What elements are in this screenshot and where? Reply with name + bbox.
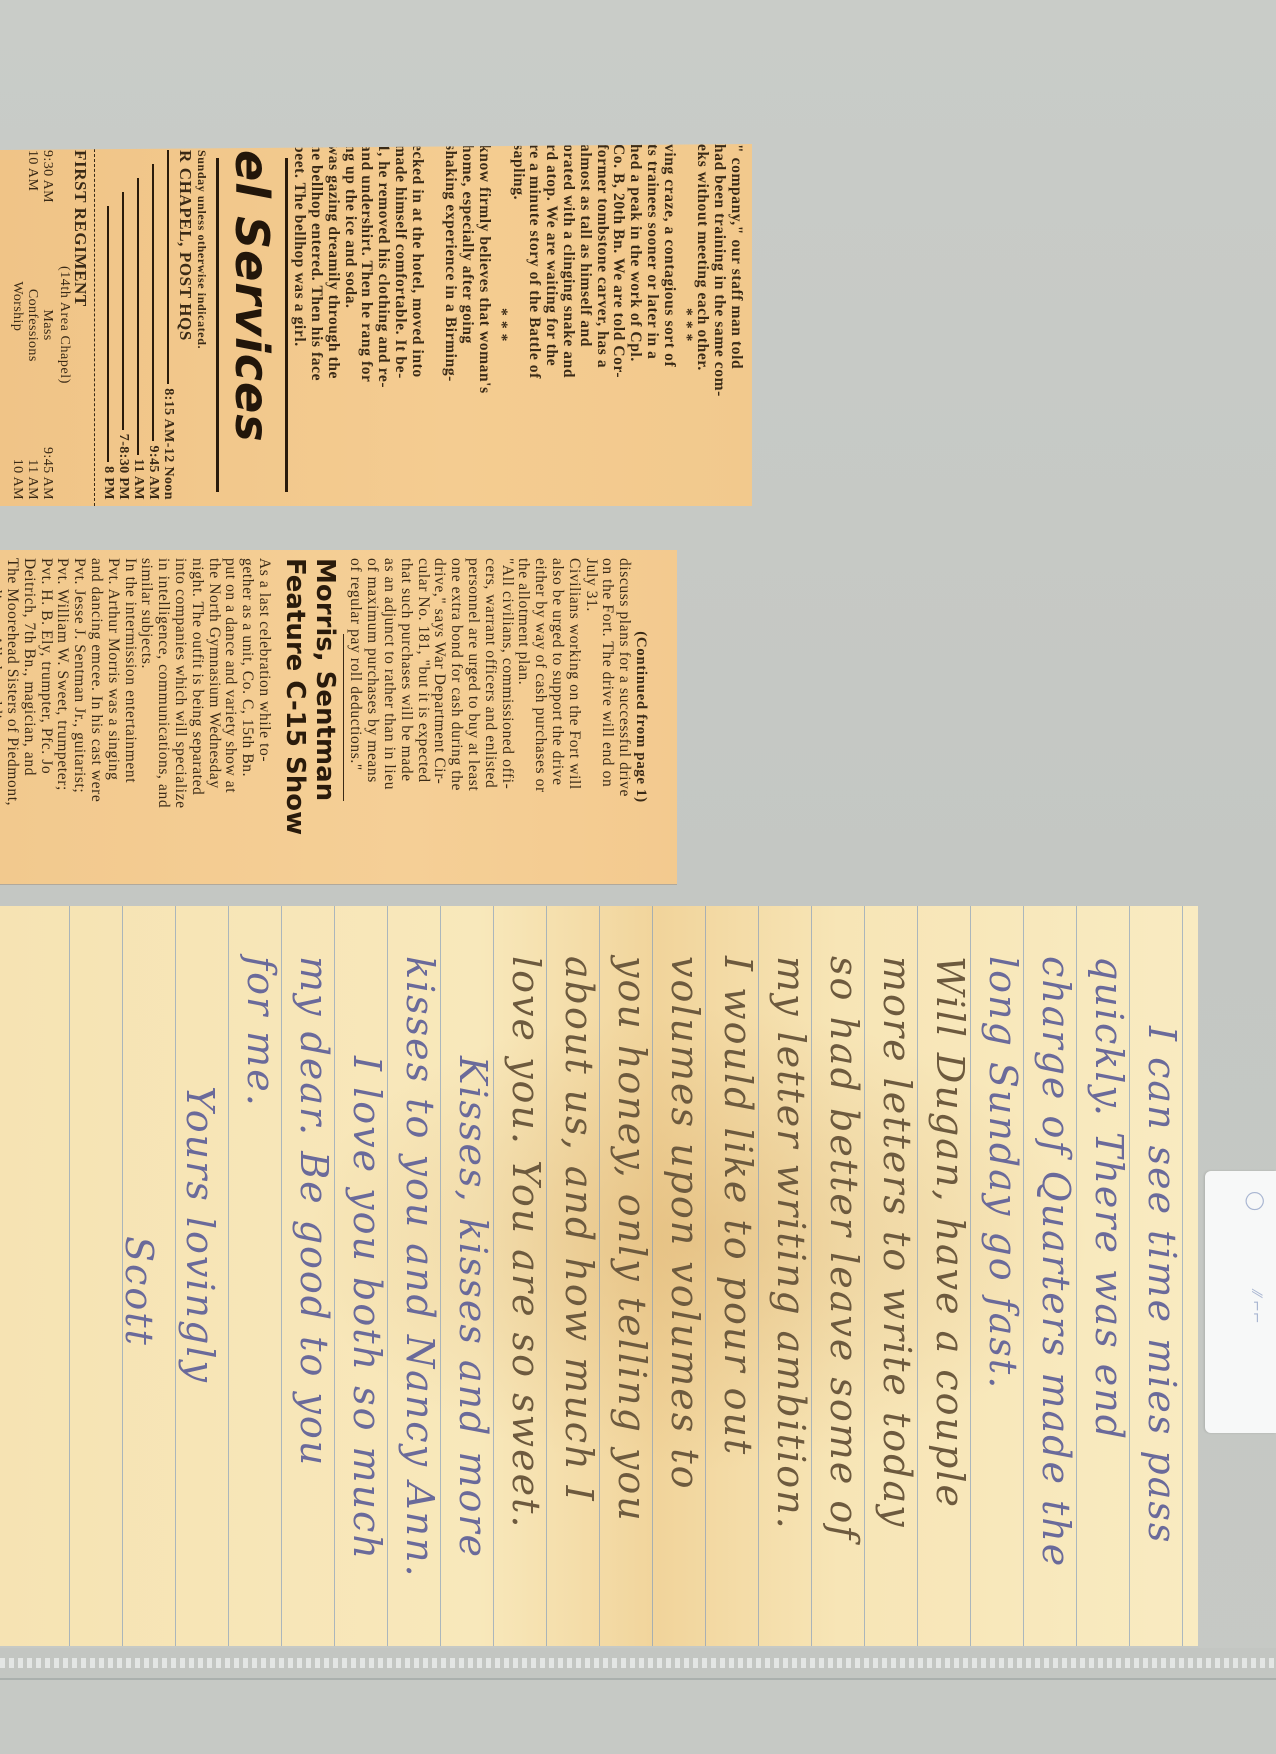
gossip-column: " company," our staff man toldhad been t…	[290, 144, 744, 506]
rotated-clipping-content: " company," our staff man toldhad been t…	[0, 144, 752, 506]
bond-article-line: personnel are urged to buy at least	[464, 558, 481, 876]
gossip-line: had been training in the same com-	[710, 144, 727, 506]
handwritten-line: I love you both so much	[345, 1056, 389, 1561]
bond-article-line: Civilians working on the Fort will	[565, 558, 582, 876]
regiment-time-b: 10 AM	[10, 459, 25, 500]
show-article-line: put on a dance and variety show at	[222, 558, 239, 876]
show-article-line: Deitrich, 7th Bn., magician, and	[20, 558, 37, 876]
bond-article-line: as an adjunct to rather than in lieu	[380, 558, 397, 876]
show-article-line: vocalizers. All the soldiers except	[0, 558, 3, 876]
handwritten-line: volumes upon volumes to	[663, 956, 707, 1491]
show-article-line: The Moorehead Sisters of Piedmont,	[3, 558, 20, 876]
gossip-line: hed a peak in the work of Cpl.	[626, 144, 643, 506]
gossip-line	[425, 144, 442, 506]
bond-article-line: on the Fort. The drive will end on	[599, 558, 616, 876]
chapel-services-section: el Services Sunday unless otherwise indi…	[10, 144, 294, 506]
gossip-line: * * *	[677, 144, 694, 506]
gossip-line: 1, he removed his clothing and re-	[374, 144, 391, 506]
show-article-line: similar subjects.	[138, 558, 155, 876]
handwritten-line: love you. You are so sweet.	[504, 956, 548, 1529]
regiment-subtitle: (14th Area Chapel)	[55, 144, 72, 506]
gossip-line: eks without meeting each other.	[694, 144, 711, 506]
handwritten-line: Kisses, kisses and more	[451, 1056, 495, 1559]
gossip-line: re a minute story of the Battle of	[526, 144, 543, 506]
regiment-label: Confessions	[25, 289, 40, 362]
rotated-clipping-content: (Continued from page 1) discuss plans fo…	[0, 550, 677, 884]
schedule-leader-line	[152, 164, 161, 441]
schedule-time: 8 PM	[101, 466, 116, 500]
gossip-line: almost as tall as himself and	[576, 144, 593, 506]
signature: Scott	[117, 1236, 161, 1347]
gossip-line: he bellhop entered. Then his face	[307, 144, 324, 506]
show-article-line: in intelligence, communications, and	[154, 558, 171, 876]
schedule-row: 9:45 AM	[146, 150, 161, 500]
gossip-line: " company," our staff man told	[727, 144, 744, 506]
sleeve-perforated-edge	[0, 1648, 1276, 1680]
bond-article-line: one extra bond for cash during the	[447, 558, 464, 876]
gossip-line: rd atop. We are waiting for the	[542, 144, 559, 506]
handwritten-line: I would like to pour out	[716, 956, 760, 1456]
bond-article-line: of maximum purchases by means	[363, 558, 380, 876]
schedule-rows: 8:15 AM-12 Noon9:45 AM11 AM7-8:30 PM8 PM	[101, 144, 176, 506]
show-article-line: night. The outfit is being separated	[188, 558, 205, 876]
show-article-line: Pvt. Jesse J. Sentman Jr., guitarist;	[70, 558, 87, 876]
gossip-line: Co. B, 20th Bn. We are told Cor-	[610, 144, 627, 506]
handwritten-letter-page: I can see time mies passquickly. There w…	[0, 906, 1198, 1646]
handwritten-line: kisses to you and Nancy Ann.	[398, 956, 442, 1579]
show-article-line: the North Gymnasium Wednesday	[205, 558, 222, 876]
handwritten-line: my dear. Be good to you	[292, 956, 336, 1467]
handwritten-line: I can see time mies pass	[1140, 1026, 1184, 1544]
schedule-row: 8 PM	[101, 150, 116, 500]
gossip-line: home, especially after going	[458, 144, 475, 506]
bond-article-line: drive," says War Department Cir-	[431, 558, 448, 876]
gossip-line: ng up the ice and soda.	[341, 144, 358, 506]
closing: Yours lovingly	[178, 1086, 222, 1384]
services-heading: el Services	[225, 144, 279, 506]
gossip-line: made himself comfortable. It be-	[391, 144, 408, 506]
gossip-line: ts trainees sooner or later in a	[643, 144, 660, 506]
bond-drive-lines: discuss plans for a successful driveon t…	[347, 550, 633, 884]
gossip-line: ving craze, a contagious sort of	[660, 144, 677, 506]
bond-article-line: of regular pay roll deductions."	[347, 558, 364, 876]
circled-mark-icon: ◯	[1245, 1191, 1266, 1211]
bond-article-line: that such purchases will be made	[397, 558, 414, 876]
gossip-line: ecked in at the hotel, moved into	[408, 144, 425, 506]
regiment-row: 9:30 AMMass9:45 AM	[40, 150, 55, 500]
handwritten-line: charge of Quarters made the	[1034, 956, 1078, 1568]
handwritten-line: Will Dugan, have a couple	[928, 956, 972, 1509]
schedule-row: 11 AM	[131, 150, 146, 500]
show-article-line: Pvt. Arthur Morris was a singing	[104, 558, 121, 876]
schedule-leader-line	[167, 150, 176, 384]
gossip-column-lines: " company," our staff man toldhad been t…	[290, 144, 744, 506]
gossip-line: and undershirt. Then he rang for	[358, 144, 375, 506]
show-article-line: Pvt. H. B. Ely, trumpter, Pfc. Jo	[37, 558, 54, 876]
tab-annotations: ◯ ⁄⁄ ⌐⌐	[1205, 1171, 1276, 1433]
show-article: Morris, Sentman Feature C-15 Show As a l…	[0, 550, 347, 884]
gossip-line: know firmly believes that woman's	[475, 144, 492, 506]
bond-article-line: discuss plans for a successful drive	[615, 558, 632, 876]
regiment-time-a	[10, 150, 25, 154]
schedule-row: 8:15 AM-12 Noon	[161, 150, 176, 500]
schedule-divider	[94, 144, 95, 506]
show-article-line: Pvt. William W. Sweet, trumpeter;	[54, 558, 71, 876]
handwritten-line: you honey, only telling you	[610, 956, 654, 1523]
show-article-line: and dancing emcee. In his cast were	[87, 558, 104, 876]
bond-article-line: the allotment plan.	[515, 558, 532, 876]
article-headline-line-1: Morris, Sentman	[310, 550, 340, 884]
regiment-label: Mass	[40, 309, 55, 340]
regiment-time-a: 10 AM	[25, 150, 40, 191]
bond-article-line: July 31.	[582, 558, 599, 876]
heading-rule-top	[285, 158, 288, 491]
show-article-lines: As a last celebration while to-gether as…	[0, 550, 280, 884]
schedule-chapel-name: R CHAPEL, POST HQS	[176, 144, 193, 506]
gossip-line: * * *	[492, 144, 509, 506]
pencil-annotation: ⁄⁄ ⌐⌐	[1248, 1291, 1264, 1324]
newspaper-clipping-column-services: " company," our staff man toldhad been t…	[0, 144, 752, 506]
handwritten-line: long Sunday go fast.	[981, 956, 1025, 1390]
bond-drive-article: (Continued from page 1) discuss plans fo…	[347, 550, 649, 884]
regiment-row: 10 AMConfessions11 AM	[25, 150, 40, 500]
perforation-holes	[0, 1658, 1276, 1668]
regiment-rows: 9:30 AMMass9:45 AM10 AMConfessions11 AM …	[10, 144, 55, 506]
schedule-note: Sunday unless otherwise indicated.	[193, 144, 210, 506]
handwritten-line: quickly. There was end	[1087, 956, 1131, 1441]
regiment-row: Worship10 AM	[10, 150, 25, 500]
rotated-letter-content: I can see time mies passquickly. There w…	[0, 906, 1198, 1646]
show-article-line: into companies which will specialize	[171, 558, 188, 876]
bond-article-line: cers, warrant officers and enlisted	[481, 558, 498, 876]
schedule-time: 11 AM	[131, 459, 146, 500]
bond-article-line: "All civilians, commissioned offi-	[498, 558, 515, 876]
bond-article-line: also be urged to support the drive	[548, 558, 565, 876]
archive-label-tab: ◯ ⁄⁄ ⌐⌐	[1205, 1171, 1276, 1433]
schedule-leader-line	[137, 178, 146, 455]
handwritten-line: my letter writing ambition.	[769, 956, 813, 1531]
handwritten-line: for me.	[239, 956, 283, 1108]
bond-article-line: cular No. 181, "but it is expected	[414, 558, 431, 876]
show-article-line: As a last celebration while to-	[255, 558, 272, 876]
heading-rule-bottom	[216, 158, 219, 491]
article-divider	[343, 634, 344, 801]
newspaper-clipping-bond-drive-and-show: (Continued from page 1) discuss plans fo…	[0, 550, 677, 884]
bond-article-line: either by way of cash purchases or	[531, 558, 548, 876]
show-article-line: In the intermission entertainment	[121, 558, 138, 876]
gossip-line: shaking experience in a Birming-	[442, 144, 459, 506]
gossip-line: was gazing dreamily through the	[324, 144, 341, 506]
handwritten-line: so had better leave some of	[822, 956, 866, 1541]
schedule-time: 7-8:30 PM	[116, 434, 131, 500]
regiment-label: Worship	[10, 281, 25, 331]
article-headline-line-2: Feature C-15 Show	[280, 550, 310, 884]
regiment-time-b: 9:45 AM	[40, 447, 55, 500]
gossip-line: sapling.	[509, 144, 526, 506]
schedule-time: 9:45 AM	[146, 445, 161, 500]
schedule-time: 8:15 AM-12 Noon	[161, 388, 176, 500]
regiment-title: FIRST REGIMENT	[72, 144, 89, 506]
gossip-line: former tombstone carver, has a	[593, 144, 610, 506]
regiment-time-b: 11 AM	[25, 459, 40, 500]
schedule-row: 7-8:30 PM	[116, 150, 131, 500]
regiment-time-a: 9:30 AM	[40, 150, 55, 203]
handwritten-line: more letters to write today	[875, 956, 919, 1529]
handwritten-line: about us, and how much I	[557, 956, 601, 1503]
show-article-line: gether as a unit, Co. C, 15th Bn.	[238, 558, 255, 876]
schedule-leader-line	[122, 192, 131, 430]
gossip-line: orated with a clinging snake and	[559, 144, 576, 506]
schedule-leader-line	[107, 206, 116, 462]
continued-note: (Continued from page 1)	[632, 550, 649, 884]
